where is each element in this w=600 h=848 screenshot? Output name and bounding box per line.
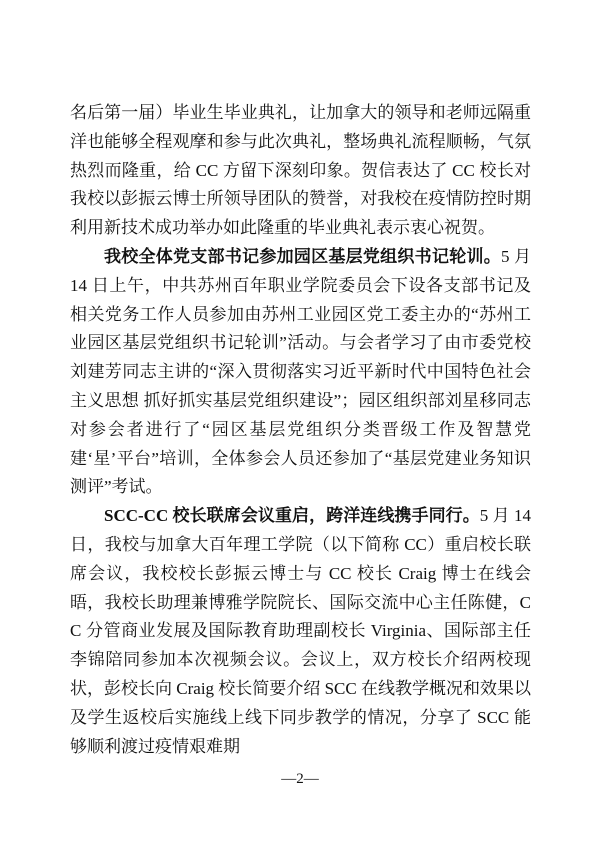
paragraph-text: 5 月 14 日上午，中共苏州百年职业学院委员会下设各支部书记及相关党务工作人员… xyxy=(70,247,531,496)
page-number: —2— xyxy=(0,768,600,790)
paragraph-lead: SCC-CC 校长联席会议重启，跨洋连线携手同行。 xyxy=(104,506,480,525)
paragraph-text: 名后第一届）毕业生毕业典礼，让加拿大的领导和老师远隔重洋也能够全程观摩和参与此次… xyxy=(70,103,531,237)
paragraph-text: 5 月 14 日，我校与加拿大百年理工学院（以下简称 CC）重启校长联席会议，我… xyxy=(70,506,531,755)
paragraph: SCC-CC 校长联席会议重启，跨洋连线携手同行。5 月 14 日，我校与加拿大… xyxy=(70,502,531,761)
document-page: 名后第一届）毕业生毕业典礼，让加拿大的领导和老师远隔重洋也能够全程观摩和参与此次… xyxy=(0,0,600,848)
paragraph-lead: 我校全体党支部书记参加园区基层党组织书记轮训。 xyxy=(104,247,501,266)
document-body: 名后第一届）毕业生毕业典礼，让加拿大的领导和老师远隔重洋也能够全程观摩和参与此次… xyxy=(70,99,531,761)
paragraph: 我校全体党支部书记参加园区基层党组织书记轮训。5 月 14 日上午，中共苏州百年… xyxy=(70,243,531,502)
paragraph: 名后第一届）毕业生毕业典礼，让加拿大的领导和老师远隔重洋也能够全程观摩和参与此次… xyxy=(70,99,531,243)
